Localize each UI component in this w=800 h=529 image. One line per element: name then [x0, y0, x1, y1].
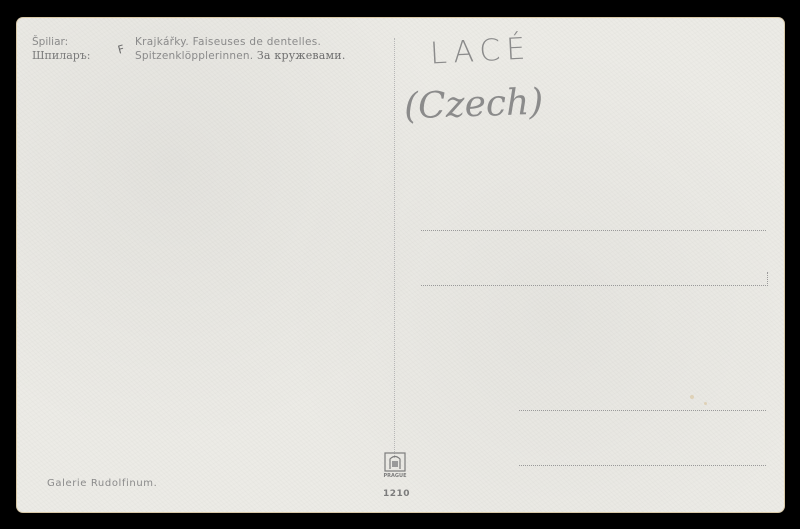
publisher-logo-icon: PRAGUE [382, 452, 408, 478]
postcard-back [16, 17, 785, 513]
publisher-name: Galerie Rudolfinum. [47, 478, 157, 489]
caption-line-2: Spitzenklöpplerinnen. За кружевами. [135, 49, 346, 63]
address-line-2 [421, 285, 766, 286]
handwritten-note: (Czech) [403, 82, 544, 128]
foxing-spot [690, 395, 694, 399]
caption-german: Spitzenklöpplerinnen. [135, 50, 253, 62]
address-line-4 [519, 465, 766, 466]
address-line-3 [519, 410, 766, 411]
caption-czech-label: Špiliar: [32, 36, 68, 49]
handwritten-title: LACÉ [429, 31, 532, 71]
serial-number: 1210 [383, 489, 410, 499]
logo-text: PRAGUE [384, 473, 408, 478]
caption-line-1: Krajkářky. Faiseuses de dentelles. [135, 36, 321, 49]
caption-cyrillic: За кружевами. [257, 49, 346, 62]
address-line-tick [767, 272, 768, 286]
message-address-divider [394, 38, 395, 458]
foxing-spot [704, 402, 707, 405]
caption-russian-label: Шпиларъ: [32, 49, 91, 62]
address-line-1 [421, 230, 766, 231]
